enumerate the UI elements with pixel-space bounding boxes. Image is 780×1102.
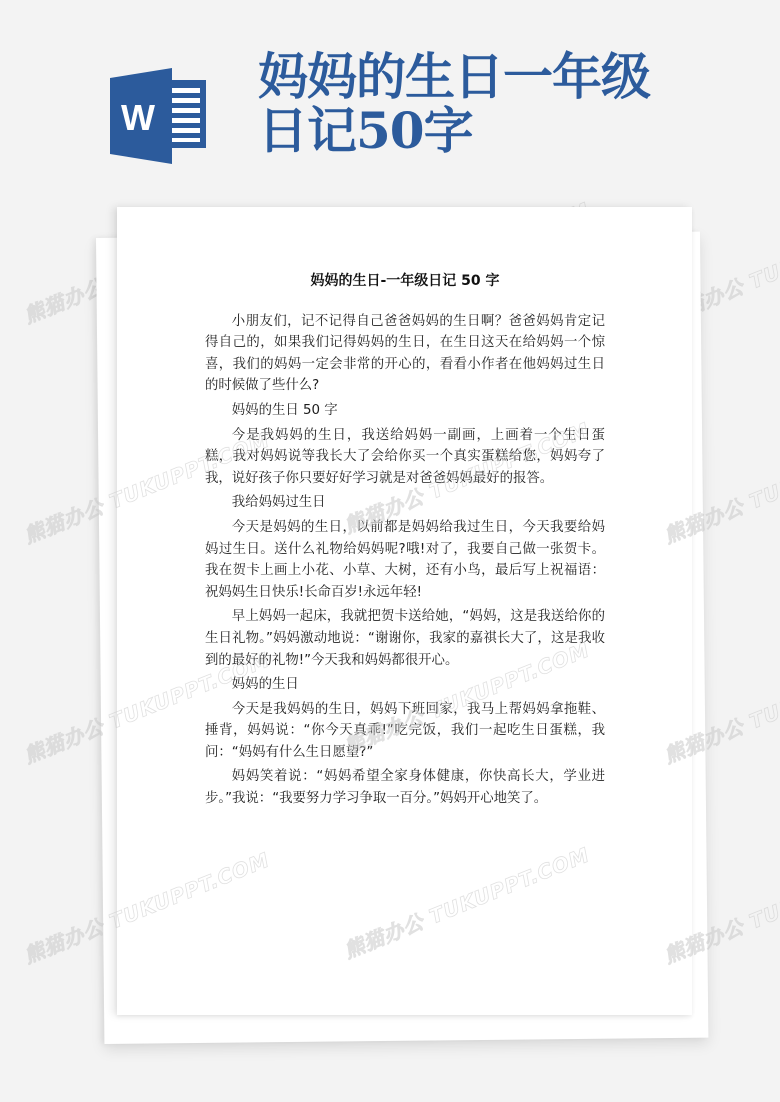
banner-title-line2: 日记50字 — [258, 104, 738, 158]
paragraph: 早上妈妈一起床，我就把贺卡送给她，“妈妈，这是我送给你的生日礼物。”妈妈激动地说… — [205, 606, 605, 671]
paragraph: 今天是妈妈的生日，以前都是妈妈给我过生日，今天我要给妈妈过生日。送什么礼物给妈妈… — [205, 517, 605, 603]
banner-title: 妈妈的生日一年级 日记50字 — [258, 50, 738, 158]
document-body: 妈妈的生日-一年级日记 50 字 小朋友们，记不记得自己爸爸妈妈的生日啊？爸爸妈… — [205, 271, 605, 813]
paragraph: 妈妈笑着说：“妈妈希望全家身体健康，你快高长大，学业进步。”我说：“我要努力学习… — [205, 766, 605, 809]
paragraph: 今天是我妈妈的生日，妈妈下班回家，我马上帮妈妈拿拖鞋、捶背，妈妈说：“你今天真乖… — [205, 699, 605, 764]
paragraph-intro: 小朋友们，记不记得自己爸爸妈妈的生日啊？爸爸妈妈肯定记得自己的，如果我们记得妈妈… — [205, 311, 605, 397]
document-title: 妈妈的生日-一年级日记 50 字 — [205, 271, 605, 293]
section-heading: 妈妈的生日 50 字 — [205, 400, 605, 422]
word-document-icon: W — [108, 68, 212, 164]
paragraph: 今是我妈妈的生日，我送给妈妈一副画，上画着一个生日蛋糕，我对妈妈说等我长大了会给… — [205, 425, 605, 490]
banner-title-line1: 妈妈的生日一年级 — [258, 50, 738, 104]
section-heading: 我给妈妈过生日 — [205, 492, 605, 514]
document-page: 妈妈的生日-一年级日记 50 字 小朋友们，记不记得自己爸爸妈妈的生日啊？爸爸妈… — [117, 207, 692, 1015]
section-heading: 妈妈的生日 — [205, 674, 605, 696]
word-icon-letter: W — [121, 97, 155, 138]
